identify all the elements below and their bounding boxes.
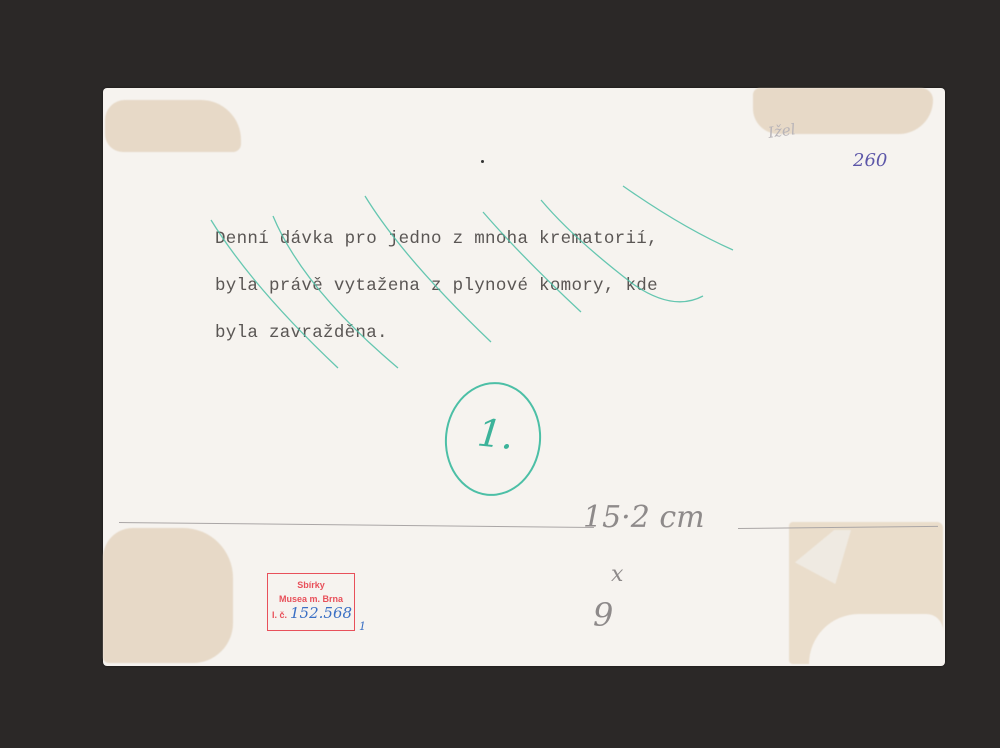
reference-number: 260 — [853, 150, 887, 171]
stamp-reg-number: 152.568 — [290, 604, 352, 622]
stamp-reg-suffix: 1 — [359, 620, 366, 634]
tape-residue-bottom-right — [789, 522, 943, 664]
caption-line-3: byla zavražděna. — [215, 310, 658, 357]
tape-tear — [809, 614, 943, 664]
tape-fold — [795, 530, 851, 584]
dimension-height: 9 — [593, 596, 613, 634]
circled-number: 1. — [439, 377, 546, 500]
caption-line-2: byla právě vytažena z plynové komory, kd… — [215, 263, 658, 310]
stamp-line-1: Sbírky — [268, 578, 354, 592]
caption-line-1: Denní dávka pro jedno z mnoha krematorií… — [215, 216, 658, 263]
tape-residue-top-left — [105, 100, 241, 152]
photo-card-back: Ižel 260 Denní dávka pro jedno z mnoha k… — [103, 88, 945, 666]
stamp-reg-row: I. č.152.568 — [268, 606, 354, 622]
pencil-line-left — [119, 522, 594, 528]
dimension-times: x — [611, 562, 623, 587]
dimension-width: 15·2 cm — [583, 500, 705, 535]
ink-dot — [481, 160, 484, 163]
circled-number-text: 1. — [475, 410, 516, 458]
typed-caption: Denní dávka pro jedno z mnoha krematorií… — [215, 216, 658, 357]
faint-pencil-note: Ižel — [767, 120, 797, 142]
tape-residue-bottom-left — [103, 528, 233, 663]
stamp-reg-label: I. č. — [272, 610, 287, 620]
museum-stamp: Sbírky Musea m. Brna I. č.152.568 1 — [267, 573, 355, 631]
